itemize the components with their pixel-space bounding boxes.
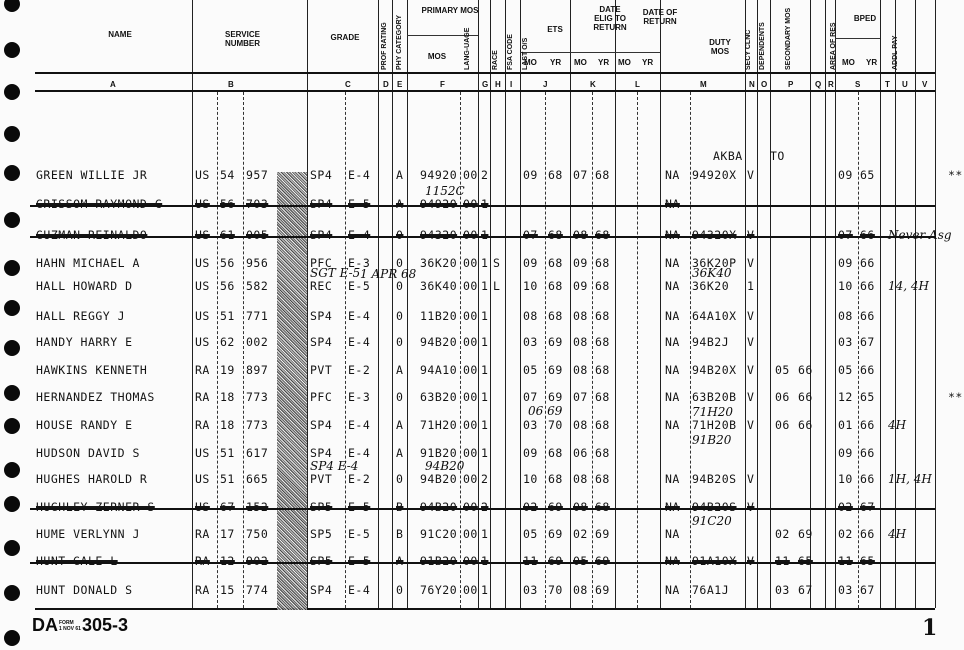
cell-duty-mos: 71H20B (692, 418, 737, 432)
cell-ets-mo: 09 (523, 168, 538, 182)
cell-sn2: 51 (220, 472, 235, 486)
cell-ets-yr: 68 (548, 446, 563, 460)
cell-bped-yr: 66 (860, 256, 875, 270)
cell-duty-mos: 36K20 (692, 279, 729, 293)
cell-race: 1 (481, 418, 488, 432)
cell-elig-yr: 68 (595, 500, 610, 514)
cell-na: NA (665, 279, 680, 293)
column-letter: H (495, 80, 501, 89)
header-secondary-mos: SECONDARY MOS (785, 15, 792, 70)
cell-name: GRISSOM RAYMOND C (36, 197, 162, 211)
cell-sn2: 56 (220, 197, 235, 211)
cell-race: 1 (481, 256, 488, 270)
cell-fsa: L (493, 279, 500, 293)
cell-pay: E-2 (348, 363, 370, 377)
column-letter: U (902, 80, 908, 89)
cell-name: HERNANDEZ THOMAS (36, 390, 155, 404)
column-letter: C (345, 80, 351, 89)
cell-sn2: 17 (220, 527, 235, 541)
header-name: NAME (90, 30, 150, 39)
column-letter: D (383, 80, 389, 89)
subheader-yr: YR (866, 58, 877, 67)
cell-mos: 94920 (420, 197, 457, 211)
cell-elig-yr: 68 (595, 363, 610, 377)
cell-grade: SP5 (310, 554, 332, 568)
cell-duty-mos: 91A10X (692, 554, 737, 568)
cell-ets-yr: 69 (548, 527, 563, 541)
subheader-mo: MO (842, 58, 855, 67)
cell-sn3: 750 (246, 527, 268, 541)
header-language: LANG-UAGE (464, 40, 471, 70)
cell-grade: SP4 (310, 309, 332, 323)
cell-sec-mos-mo: 11 (775, 554, 790, 568)
cell-sn2: 61 (220, 228, 235, 242)
cell-sn1: US (195, 228, 210, 242)
cell-elig-mo: 08 (573, 418, 588, 432)
header-grade: GRADE (320, 33, 370, 42)
cell-ets-yr: 70 (548, 418, 563, 432)
cell-pay: E-5 (348, 554, 370, 568)
cell-grade: REC (310, 279, 332, 293)
cell-sec-mos-mo: 05 (775, 363, 790, 377)
cell-sn3: 771 (246, 309, 268, 323)
punch-hole (4, 418, 20, 434)
cell-mos: 76Y20 (420, 583, 457, 597)
cell-bped-mo: 10 (838, 472, 853, 486)
cell-pay: E-5 (348, 500, 370, 514)
cell-ets-yr: 69 (548, 335, 563, 349)
cell-bped-yr: 66 (860, 446, 875, 460)
punch-hole (4, 165, 20, 181)
cell-secy: V (747, 472, 754, 486)
cell-name: HUNT GALE L (36, 554, 118, 568)
cell-mos: 36K20 (420, 256, 457, 270)
punch-hole (4, 42, 20, 58)
cell-lang: 00 (463, 527, 478, 541)
cell-ets-mo: 08 (523, 309, 538, 323)
cell-bped-mo: 02 (838, 500, 853, 514)
cell-sec-mos-mo: 06 (775, 390, 790, 404)
cell-ets-mo: 07 (523, 228, 538, 242)
cell-ets-yr: 68 (548, 472, 563, 486)
cell-ets-yr: 69 (548, 554, 563, 568)
cell-lang: 00 (463, 446, 478, 460)
header-fsa-code: FSA CODE (507, 28, 514, 70)
column-letter: B (228, 80, 234, 89)
cell-name: HUGHLEY ZERNER S (36, 500, 155, 514)
cell-secy: V (747, 168, 754, 182)
grid-dash (858, 92, 859, 608)
cell-pay: E-5 (348, 197, 370, 211)
cell-duty-mos: 94B20S (692, 472, 737, 486)
grid-rule (35, 72, 935, 74)
cell-name: HALL REGGY J (36, 309, 125, 323)
cell-pay: E-5 (348, 279, 370, 293)
subheader-yr: YR (550, 58, 561, 67)
cell-bped-yr: 66 (860, 228, 875, 242)
cell-secy: V (747, 390, 754, 404)
column-letter: Q (815, 80, 821, 89)
form-id: 305-3 (82, 615, 128, 635)
cell-sec-mos-yr: 66 (798, 418, 813, 432)
cell-sn1: US (195, 168, 210, 182)
cell-elig-yr: 68 (595, 446, 610, 460)
strike-line (30, 562, 935, 564)
cell-elig-mo: 08 (573, 472, 588, 486)
cell-lang: 00 (463, 418, 478, 432)
cell-grade: SP4 (310, 418, 332, 432)
cell-mos: 91B20 (420, 446, 457, 460)
cell-bped-yr: 66 (860, 527, 875, 541)
cell-lang: 00 (463, 279, 478, 293)
cell-na: NA (665, 527, 680, 541)
cell-elig-mo: 08 (573, 335, 588, 349)
cell-phy: 0 (396, 472, 403, 486)
cell-elig-yr: 68 (595, 256, 610, 270)
header-addl-pay: ADDL PAY (892, 28, 899, 70)
cell-race: 1 (481, 446, 488, 460)
cell-race: 1 (481, 527, 488, 541)
cell-grade: SP5 (310, 500, 332, 514)
cell-sn2: 18 (220, 390, 235, 404)
annotation-to: TO (770, 149, 785, 163)
column-letter: S (855, 80, 860, 89)
column-letter: O (761, 80, 767, 89)
header-primary-mos: PRIMARY MOS (420, 6, 480, 15)
cell-elig-yr: 69 (595, 527, 610, 541)
strike-line (30, 508, 935, 510)
cell-name: GUZMAN REINALDO (36, 228, 147, 242)
column-letter: F (440, 80, 445, 89)
cell-sec-mos-yr: 69 (798, 527, 813, 541)
cell-sn1: US (195, 309, 210, 323)
cell-mos: 63B20 (420, 390, 457, 404)
cell-fsa: S (493, 256, 500, 270)
cell-race: 1 (481, 554, 488, 568)
punch-hole (4, 84, 20, 100)
handwritten-hand-duty: 91C20 (692, 514, 732, 528)
header-date-elig-return: DATE ELIG TO RETURN (590, 5, 630, 32)
cell-grade: SP5 (310, 527, 332, 541)
form-number: DAFORM1 NOV 61305-3 (32, 615, 128, 636)
cell-duty-mos: 94B20X (692, 363, 737, 377)
cell-pay: E-4 (348, 335, 370, 349)
cell-na: NA (665, 309, 680, 323)
cell-name: HUDSON DAVID S (36, 446, 140, 460)
cell-name: HUME VERLYNN J (36, 527, 140, 541)
cell-bped-yr: 67 (860, 500, 875, 514)
cell-elig-mo: 06 (573, 446, 588, 460)
cell-name: HOUSE RANDY E (36, 418, 133, 432)
cell-pay: E-4 (348, 168, 370, 182)
header-mos: MOS (422, 52, 452, 61)
cell-na: NA (665, 228, 680, 242)
cell-ets-yr: 70 (548, 583, 563, 597)
cell-note: ** (948, 168, 963, 182)
cell-bped-yr: 67 (860, 335, 875, 349)
grid-dash (345, 92, 346, 608)
cell-bped-mo: 01 (838, 418, 853, 432)
cell-elig-mo: 09 (573, 256, 588, 270)
punch-hole (4, 385, 20, 401)
cell-ets-mo: 03 (523, 335, 538, 349)
cell-lang: 00 (463, 168, 478, 182)
grid-line (935, 0, 936, 608)
cell-sec-mos-yr: 66 (798, 390, 813, 404)
cell-sn1: US (195, 197, 210, 211)
cell-name: GREEN WILLIE JR (36, 168, 147, 182)
cell-pay: E-4 (348, 418, 370, 432)
grid-dash (217, 92, 218, 608)
cell-phy: 0 (396, 309, 403, 323)
strike-line (30, 236, 935, 238)
cell-sn1: RA (195, 527, 210, 541)
cell-na: NA (665, 583, 680, 597)
handwritten-hand-duty: 71H20 (692, 405, 733, 419)
cell-sn3: 957 (246, 168, 268, 182)
cell-na: NA (665, 168, 680, 182)
cell-lang: 00 (463, 583, 478, 597)
cell-race: 1 (481, 583, 488, 597)
cell-mos: 91B20 (420, 554, 457, 568)
cell-bped-mo: 09 (838, 256, 853, 270)
cell-sec-mos-mo: 02 (775, 527, 790, 541)
cell-name: HAHN MICHAEL A (36, 256, 140, 270)
cell-mos: 94A10 (420, 363, 457, 377)
cell-pay: E-4 (348, 446, 370, 460)
cell-sn1: RA (195, 390, 210, 404)
cell-ets-yr: 69 (548, 363, 563, 377)
handwritten-hand-note: 1H, 4H (888, 472, 932, 486)
cell-name: HUGHES HAROLD R (36, 472, 147, 486)
header-secy-clnc: SECY CLNC (745, 20, 752, 70)
cell-lang: 00 (463, 197, 478, 211)
cell-bped-yr: 66 (860, 363, 875, 377)
cell-sn1: RA (195, 363, 210, 377)
cell-race: 1 (481, 335, 488, 349)
cell-grade: PVT (310, 363, 332, 377)
header-service-number: SERVICE NUMBER (215, 30, 270, 48)
cell-secy: 1 (747, 279, 754, 293)
cell-secy: V (747, 335, 754, 349)
cell-bped-yr: 66 (860, 472, 875, 486)
cell-na: NA (665, 256, 680, 270)
header-dependents: DEPENDENTS (759, 10, 766, 70)
cell-elig-yr: 68 (595, 390, 610, 404)
grid-dash (592, 92, 593, 608)
cell-sn3: 703 (246, 197, 268, 211)
cell-bped-mo: 03 (838, 583, 853, 597)
cell-na: NA (665, 472, 680, 486)
cell-sn2: 18 (220, 418, 235, 432)
cell-ets-mo: 03 (523, 583, 538, 597)
header-prof-rating: PROF RATING (381, 8, 388, 70)
cell-sn3: 152 (246, 500, 268, 514)
cell-mos: 91C20 (420, 527, 457, 541)
cell-sec-mos-yr: 66 (798, 363, 813, 377)
cell-ets-yr: 68 (548, 168, 563, 182)
cell-duty-mos: 94320X (692, 228, 737, 242)
cell-phy: 0 (396, 279, 403, 293)
punch-hole (4, 630, 20, 646)
cell-na: NA (665, 363, 680, 377)
cell-race: 1 (481, 363, 488, 377)
cell-bped-yr: 65 (860, 168, 875, 182)
cell-sn3: 665 (246, 472, 268, 486)
cell-name: HUNT DONALD S (36, 583, 133, 597)
cell-phy: A (396, 168, 403, 182)
cell-sn1: RA (195, 418, 210, 432)
cell-note: ** (948, 390, 963, 404)
cell-mos: 94B20 (420, 472, 457, 486)
cell-bped-yr: 66 (860, 309, 875, 323)
cell-secy: V (747, 554, 754, 568)
cell-lang: 00 (463, 256, 478, 270)
cell-pay: E-2 (348, 472, 370, 486)
cell-elig-yr: 68 (595, 168, 610, 182)
grid-rule (35, 90, 935, 92)
handwritten-hand-grade-note: 1 APR 68 (360, 267, 416, 281)
cell-phy: 0 (396, 583, 403, 597)
cell-grade: SP4 (310, 583, 332, 597)
cell-na: NA (665, 335, 680, 349)
strike-line (30, 205, 935, 207)
column-letter: G (482, 80, 488, 89)
cell-elig-mo: 08 (573, 583, 588, 597)
cell-sec-mos-yr: 65 (798, 554, 813, 568)
cell-grade: SP4 (310, 228, 332, 242)
cell-sn2: 19 (220, 363, 235, 377)
cell-phy: A (396, 554, 403, 568)
cell-bped-mo: 12 (838, 390, 853, 404)
handwritten-hand-note: 4H (888, 527, 906, 541)
cell-secy: V (747, 309, 754, 323)
cell-phy: B (396, 527, 403, 541)
cell-duty-mos: 64A10X (692, 309, 737, 323)
cell-bped-mo: 02 (838, 527, 853, 541)
cell-grade: SP4 (310, 168, 332, 182)
cell-ets-yr: 68 (548, 228, 563, 242)
punch-hole (4, 0, 20, 12)
cell-mos: 94320 (420, 228, 457, 242)
column-letter: N (749, 80, 755, 89)
header-race: RACE (492, 28, 499, 70)
cell-elig-mo: 09 (573, 279, 588, 293)
handwritten-hand-grade: SGT E-5 (310, 266, 360, 280)
cell-secy: V (747, 256, 754, 270)
subheader-mo: MO (618, 58, 631, 67)
cell-phy: 0 (396, 335, 403, 349)
punch-hole (4, 340, 20, 356)
cell-sn3: 956 (246, 256, 268, 270)
cell-ets-mo: 03 (523, 418, 538, 432)
cell-sn2: 12 (220, 554, 235, 568)
cell-mos: 71H20 (420, 418, 457, 432)
cell-ets-mo: 10 (523, 279, 538, 293)
handwritten-hand-ets: 06 69 (528, 404, 562, 418)
column-letter: A (110, 80, 116, 89)
cell-lang: 00 (463, 335, 478, 349)
cell-ets-mo: 11 (523, 554, 538, 568)
cell-lang: 00 (463, 228, 478, 242)
cell-elig-mo: 05 (573, 554, 588, 568)
cell-sn2: 56 (220, 279, 235, 293)
punch-hole (4, 260, 20, 276)
cell-phy: A (396, 363, 403, 377)
cell-bped-yr: 66 (860, 418, 875, 432)
cell-sn3: 773 (246, 418, 268, 432)
cell-bped-mo: 03 (838, 335, 853, 349)
cell-race: 1 (481, 197, 488, 211)
cell-secy: V (747, 363, 754, 377)
cell-grade: SP4 (310, 197, 332, 211)
cell-duty-mos: 76A1J (692, 583, 729, 597)
cell-duty-mos: 94920X (692, 168, 737, 182)
cell-na: NA (665, 197, 680, 211)
cell-ets-yr: 68 (548, 309, 563, 323)
cell-race: 1 (481, 390, 488, 404)
handwritten-hand-duty: 91B20 (692, 433, 731, 447)
handwritten-hand-note: 4H (888, 418, 906, 432)
cell-duty-mos: 63B20B (692, 390, 737, 404)
cell-ets-mo: 10 (523, 472, 538, 486)
column-letter: E (397, 80, 402, 89)
cell-race: 1 (481, 309, 488, 323)
cell-secy: V (747, 418, 754, 432)
cell-lang: 00 (463, 309, 478, 323)
cell-sn1: RA (195, 554, 210, 568)
annotation-akba: AKBA (713, 149, 743, 163)
cell-ets-mo: 09 (523, 446, 538, 460)
cell-sn3: 773 (246, 390, 268, 404)
cell-race: 1 (481, 228, 488, 242)
cell-bped-yr: 65 (860, 390, 875, 404)
cell-sn3: 002 (246, 335, 268, 349)
cell-elig-mo: 02 (573, 527, 588, 541)
subheader-mo: MO (574, 58, 587, 67)
page-number: 1 (922, 615, 937, 641)
cell-sn1: US (195, 446, 210, 460)
cell-na: NA (665, 500, 680, 514)
cell-duty-mos: 94B20S (692, 500, 737, 514)
cell-ets-yr: 68 (548, 256, 563, 270)
cell-sec-mos-mo: 06 (775, 418, 790, 432)
handwritten-hand-grade: SP4 E-4 (310, 459, 358, 473)
cell-ets-mo: 09 (523, 256, 538, 270)
cell-bped-mo: 07 (838, 228, 853, 242)
cell-sn1: US (195, 500, 210, 514)
cell-phy: A (396, 418, 403, 432)
cell-ets-mo: 05 (523, 363, 538, 377)
cell-grade: PVT (310, 472, 332, 486)
cell-pay: E-3 (348, 390, 370, 404)
punch-hole (4, 540, 20, 556)
cell-pay: E-5 (348, 527, 370, 541)
cell-secy: V (747, 228, 754, 242)
column-letter: K (590, 80, 596, 89)
cell-phy: 0 (396, 390, 403, 404)
cell-sn3: 897 (246, 363, 268, 377)
cell-elig-yr: 68 (595, 335, 610, 349)
cell-sn2: 51 (220, 446, 235, 460)
cell-ets-yr: 69 (548, 390, 563, 404)
cell-elig-yr: 68 (595, 309, 610, 323)
cell-sn1: US (195, 279, 210, 293)
cell-elig-mo: 08 (573, 363, 588, 377)
cell-elig-yr: 69 (595, 554, 610, 568)
cell-bped-mo: 11 (838, 554, 853, 568)
cell-lang: 00 (463, 363, 478, 377)
